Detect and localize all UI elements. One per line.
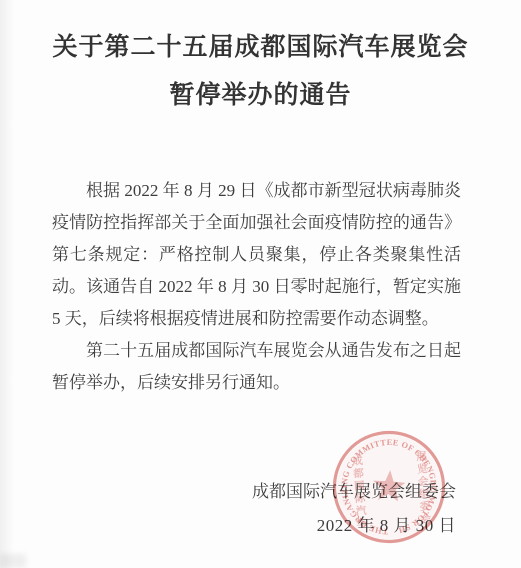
scan-corner-smudge — [0, 554, 26, 568]
seal-graphic: THE ORGANIZING COMMITTEE OF CHENGDU MOTO… — [326, 424, 452, 550]
notice-paragraph-2: 第二十五届成都国际汽车展览会从通告发布之日起暂停举办，后续安排另行通知。 — [52, 335, 461, 399]
notice-body: 根据 2022 年 8 月 29 日《成都市新型冠状病毒肺炎疫情防控指挥部关于全… — [52, 175, 461, 399]
notice-title-line-1: 关于第二十五届成都国际汽车展览会 — [0, 0, 521, 63]
notice-paragraph-1: 根据 2022 年 8 月 29 日《成都市新型冠状病毒肺炎疫情防控指挥部关于全… — [52, 175, 461, 335]
official-seal-stamp: THE ORGANIZING COMMITTEE OF CHENGDU MOTO… — [326, 424, 452, 550]
notice-page: 关于第二十五届成都国际汽车展览会 暂停举办的通告 根据 2022 年 8 月 2… — [0, 0, 521, 568]
notice-title-line-2: 暂停举办的通告 — [0, 81, 521, 111]
